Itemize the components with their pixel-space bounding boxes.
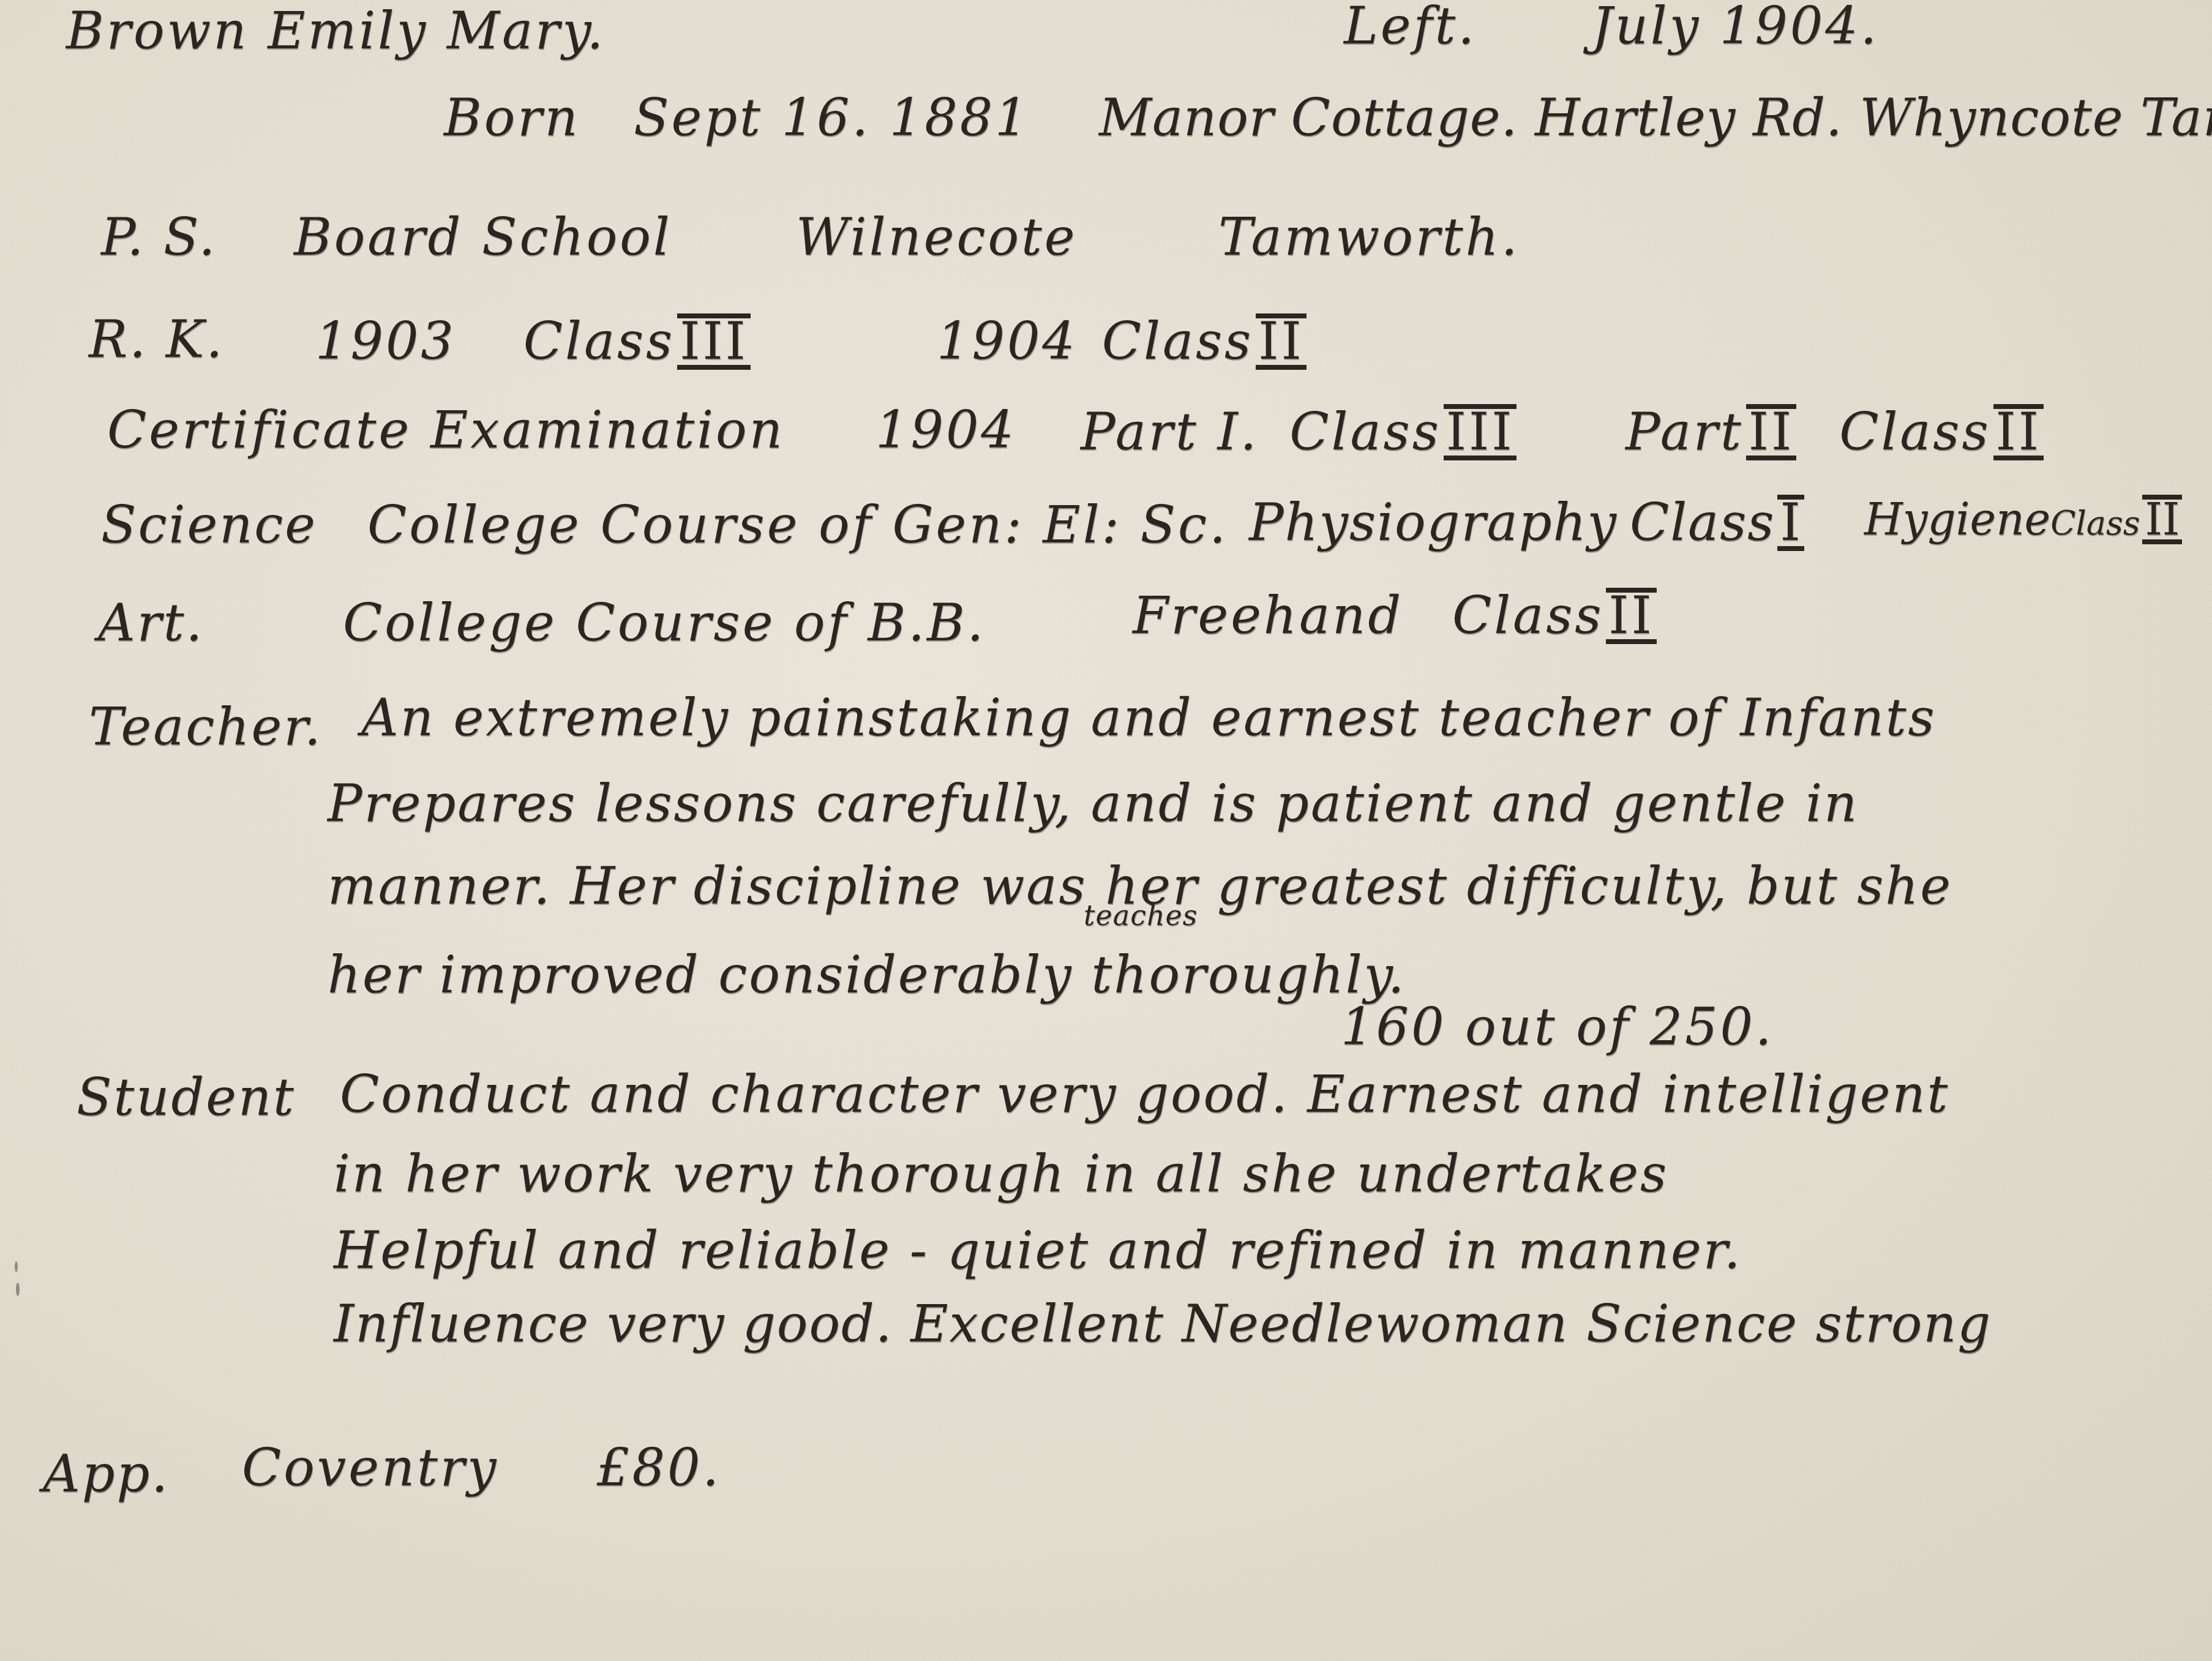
certificate-label: Certificate Examination bbox=[107, 404, 785, 456]
teacher-label: Teacher. bbox=[89, 701, 323, 752]
teacher-remark-line: An extremely painstaking and earnest tea… bbox=[361, 692, 1936, 743]
ps-label: P. S. bbox=[101, 211, 217, 263]
subject-name: Physiography bbox=[1249, 492, 1618, 552]
ps-school: Board School bbox=[294, 211, 672, 263]
paper-speck bbox=[15, 1261, 18, 1272]
left-label: Left. bbox=[1344, 0, 1477, 51]
student-remark-line: Helpful and reliable - quiet and refined… bbox=[334, 1224, 1742, 1276]
science-physiography: PhysiographyClassI bbox=[1249, 495, 1804, 551]
science-label: Science bbox=[101, 499, 317, 550]
certificate-part-2: PartIIClassII bbox=[1625, 404, 2044, 460]
rk-class-label: Class bbox=[1102, 311, 1253, 371]
art-freehand: FreehandClassII bbox=[1133, 588, 1657, 644]
certificate-part-1: Part I.ClassIII bbox=[1081, 404, 1517, 460]
rk-1904-entry: 1904ClassII bbox=[937, 313, 1307, 370]
handwritten-record-sheet: Brown Emily Mary. Left. July 1904. Born … bbox=[0, 0, 2212, 1661]
rk-class-value: II bbox=[1256, 313, 1306, 370]
certificate-year: 1904 bbox=[875, 404, 1016, 456]
class-value: II bbox=[1606, 588, 1656, 644]
ps-town: Tamworth. bbox=[1218, 211, 1520, 263]
rk-1903-entry: 1903ClassIII bbox=[315, 313, 751, 370]
teacher-score: 160 out of 250. bbox=[1341, 1001, 1774, 1052]
rk-class-value: III bbox=[677, 313, 751, 370]
student-remark-line: in her work very thorough in all she und… bbox=[334, 1148, 1668, 1199]
birth-date: Sept 16. 1881 bbox=[634, 92, 1030, 143]
rk-label: R. K. bbox=[89, 313, 224, 365]
student-name: Brown Emily Mary. bbox=[66, 5, 605, 56]
appointment-salary: £80. bbox=[597, 1442, 721, 1493]
rk-class-label: Class bbox=[523, 311, 675, 371]
home-address: Manor Cottage. Hartley Rd. Whyncote Tamw… bbox=[1099, 92, 2212, 143]
class-value: II bbox=[2142, 495, 2182, 544]
class-value: III bbox=[1444, 404, 1517, 460]
class-value: II bbox=[1993, 404, 2044, 460]
subject-name: Hygiene bbox=[1864, 493, 2050, 545]
class-label: Class bbox=[1289, 402, 1441, 462]
art-course: College Course of B.B. bbox=[343, 597, 986, 648]
student-remark-line: Influence very good. Excellent Needlewom… bbox=[334, 1298, 1992, 1349]
teacher-insertion: teaches bbox=[1084, 901, 1198, 929]
ps-place: Wilnecote bbox=[796, 211, 1078, 263]
rk-year: 1904 bbox=[937, 311, 1078, 371]
left-date: July 1904. bbox=[1592, 0, 1879, 51]
class-label: Class bbox=[2050, 504, 2140, 542]
science-course: College Course of Gen: El: Sc. bbox=[367, 499, 1228, 550]
part-label: Part bbox=[1625, 402, 1744, 462]
paper-speck bbox=[16, 1283, 20, 1296]
class-label: Class bbox=[1630, 492, 1775, 552]
appointment-label: App. bbox=[43, 1448, 170, 1499]
class-label: Class bbox=[1452, 585, 1603, 645]
appointment-place: Coventry bbox=[242, 1442, 498, 1493]
class-value: I bbox=[1777, 495, 1804, 551]
teacher-remark-line: her improved considerably thoroughly. bbox=[328, 949, 1406, 1000]
teacher-remark-line: Prepares lessons carefully, and is patie… bbox=[328, 778, 1859, 829]
rk-year: 1903 bbox=[315, 311, 456, 371]
part-value: II bbox=[1746, 404, 1796, 460]
art-label: Art. bbox=[98, 597, 204, 648]
class-label: Class bbox=[1839, 402, 1990, 462]
subject-name: Freehand bbox=[1133, 585, 1403, 645]
born-label: Born bbox=[444, 92, 580, 143]
part-label: Part I. bbox=[1081, 402, 1259, 462]
student-remark-line: Conduct and character very good. Earnest… bbox=[340, 1068, 1949, 1120]
science-hygiene: HygieneClassII bbox=[1864, 495, 2182, 544]
student-label: Student bbox=[77, 1071, 296, 1123]
